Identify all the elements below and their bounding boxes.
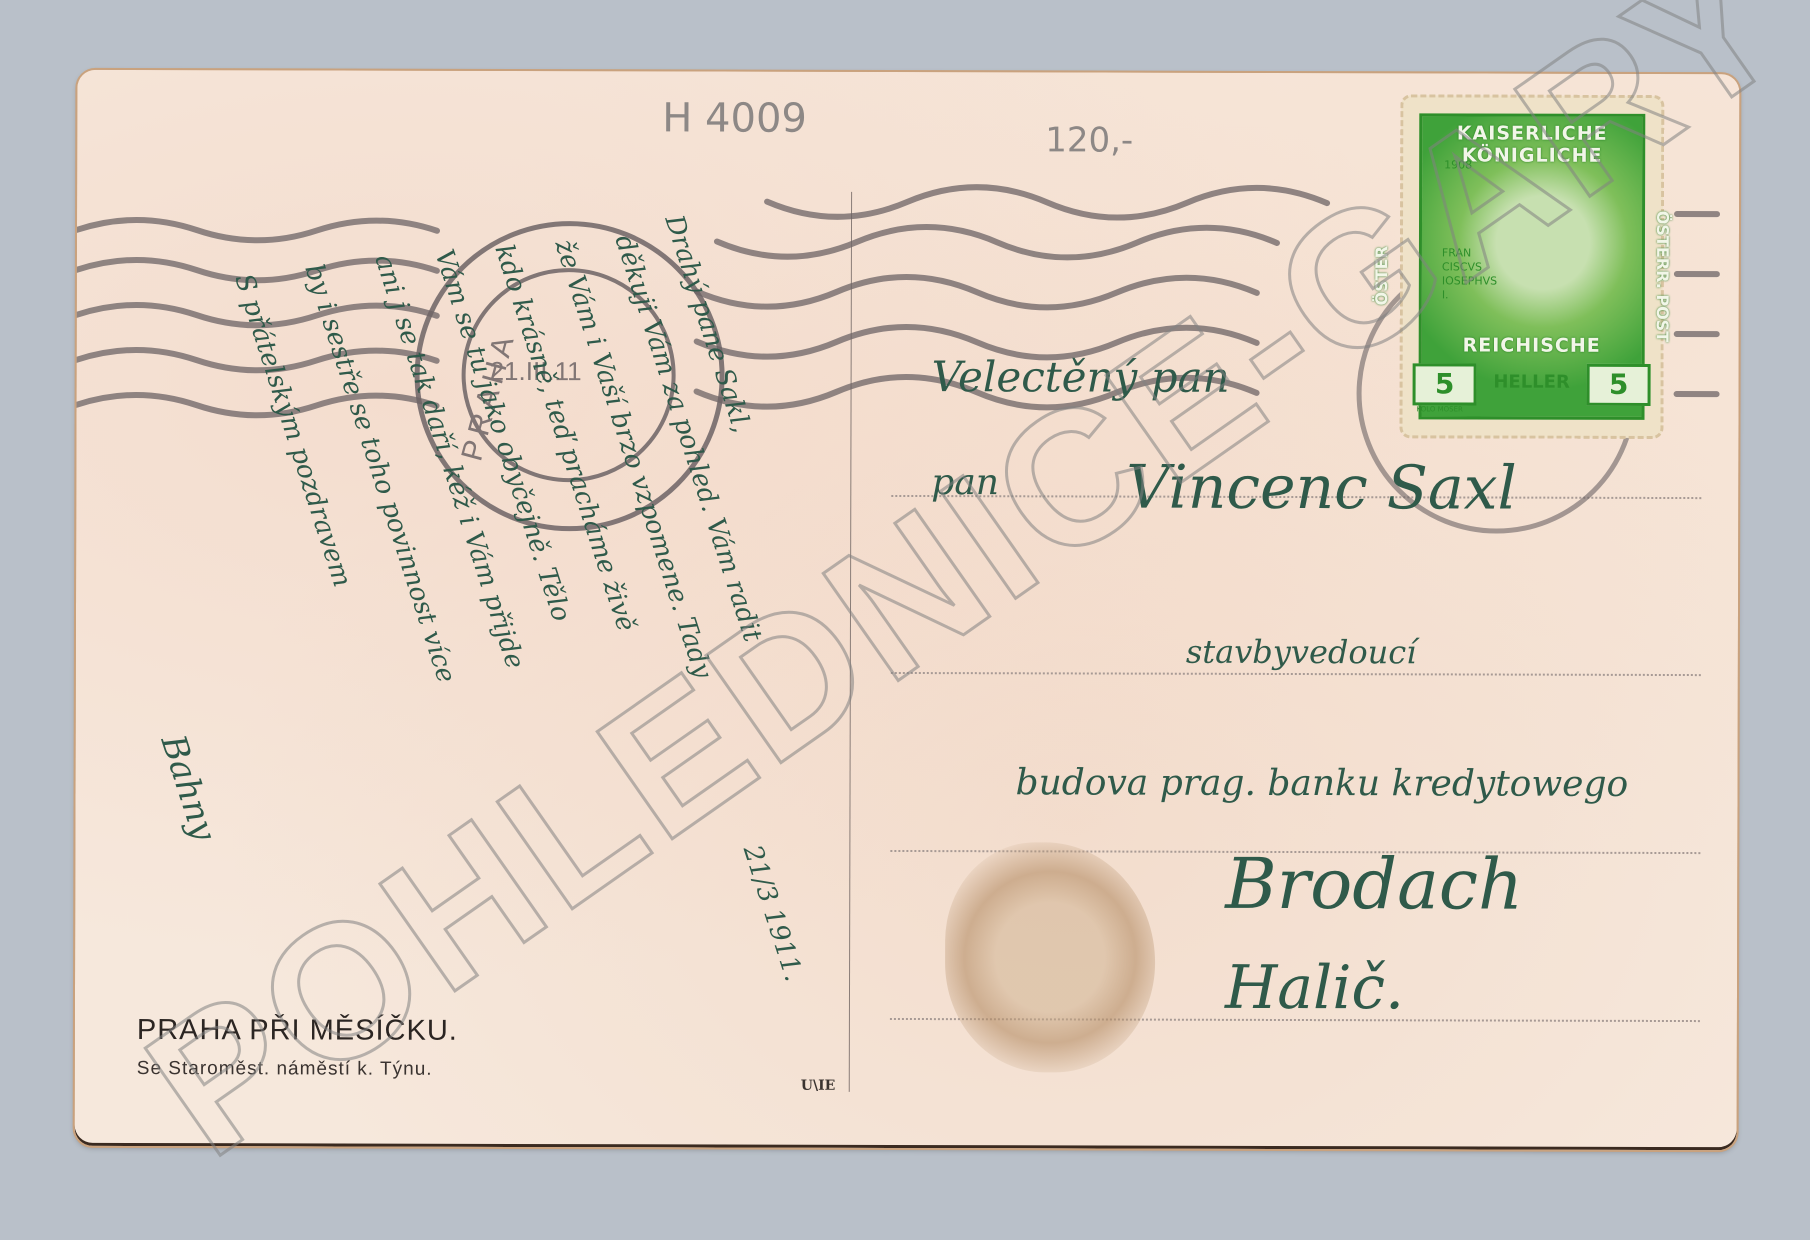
catalog-number: H 4009 — [662, 95, 807, 141]
stamp-designer: KOLO MOSER — [1417, 405, 1463, 413]
price-note: 120,- — [1045, 120, 1133, 160]
address-line-2 — [891, 672, 1701, 676]
message-date: 21/3 1911. — [737, 842, 809, 985]
stamp-value-right: 5 — [1587, 364, 1651, 406]
stamp-currency: HELLER — [1479, 371, 1585, 392]
address-region: Halič. — [1225, 953, 1404, 1023]
paper-stain — [945, 842, 1156, 1073]
address-title: stavbyvedoucí — [1186, 633, 1417, 672]
address-city: Brodach — [1225, 843, 1523, 926]
publisher-mark: U\IE — [801, 1078, 836, 1094]
stamp-value-left: 5 — [1413, 363, 1477, 405]
address-building: budova prag. banku kredytowego — [1015, 762, 1628, 805]
message-signature: Bahny — [153, 730, 224, 845]
stamp-side-right: ÖSTERR. POST — [1653, 211, 1672, 342]
